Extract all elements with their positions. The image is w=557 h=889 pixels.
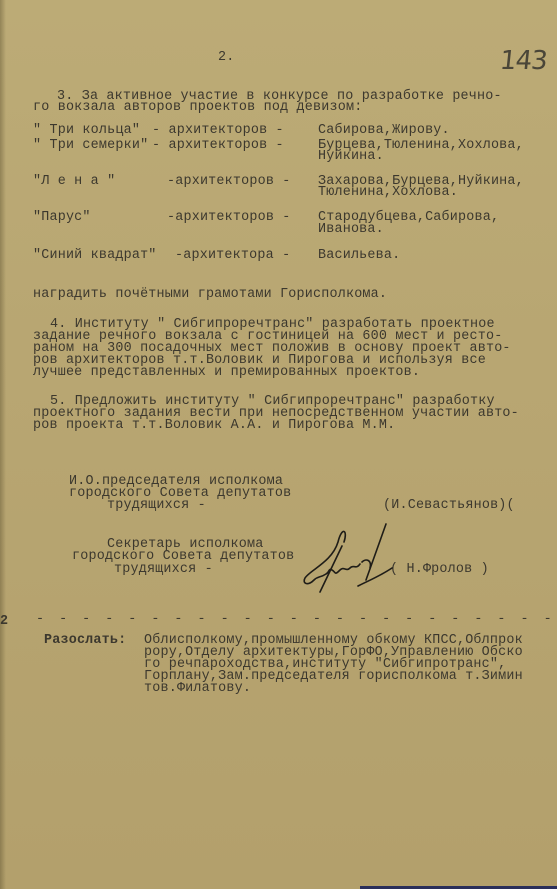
page-number: 2. xyxy=(218,52,234,64)
paragraph-5-line: ров проекта т.т.Воловик А.А. и Пирогова … xyxy=(33,420,395,432)
archive-folio-number: 143 xyxy=(498,46,548,76)
award-motto: " Три кольца" xyxy=(33,125,140,137)
signatory-1-name: (И.Севастьянов)( xyxy=(383,500,515,512)
award-names-cont: Нуйкина. xyxy=(318,151,384,163)
distribution-label: Разослать: xyxy=(44,635,126,647)
award-motto: "Л е н а " xyxy=(33,176,115,188)
paragraph-3-conclusion: наградить почётными грамотами Горисполко… xyxy=(33,289,387,301)
margin-mark: 2 xyxy=(0,616,8,628)
paragraph-4-line: лучшее представленных и премированных пр… xyxy=(33,367,420,379)
award-names: Сабирова,Жирову. xyxy=(318,125,450,137)
signatory-2-title: трудящихся - xyxy=(114,564,213,576)
award-motto: "Синий квадрат" xyxy=(33,250,157,262)
document-page: 2. 143 3. За активное участие в конкурсе… xyxy=(0,0,557,889)
award-role: -архитекторов - xyxy=(167,212,291,224)
award-motto: " Три семерки" xyxy=(33,140,148,152)
award-role: -архитектора - xyxy=(175,250,290,262)
award-role: - архитекторов - xyxy=(152,125,284,137)
award-role: -архитекторов - xyxy=(167,176,291,188)
separator-line: - - - - - - - - - - - - - - - - - - - - … xyxy=(36,614,557,626)
award-names-cont: Тюленина,Хохлова. xyxy=(318,187,458,199)
distribution-line: тов.Филатову. xyxy=(144,683,251,695)
signatory-1-title: трудящихся - xyxy=(107,500,206,512)
award-motto: "Парус" xyxy=(33,212,91,224)
handwritten-signature-icon xyxy=(300,520,410,600)
award-names: Васильева. xyxy=(318,250,400,262)
award-names-cont: Иванова. xyxy=(318,224,384,236)
paragraph-3-line-2: го вокзала авторов проектов под девизом: xyxy=(33,102,362,114)
award-role: - архитекторов - xyxy=(152,140,284,152)
